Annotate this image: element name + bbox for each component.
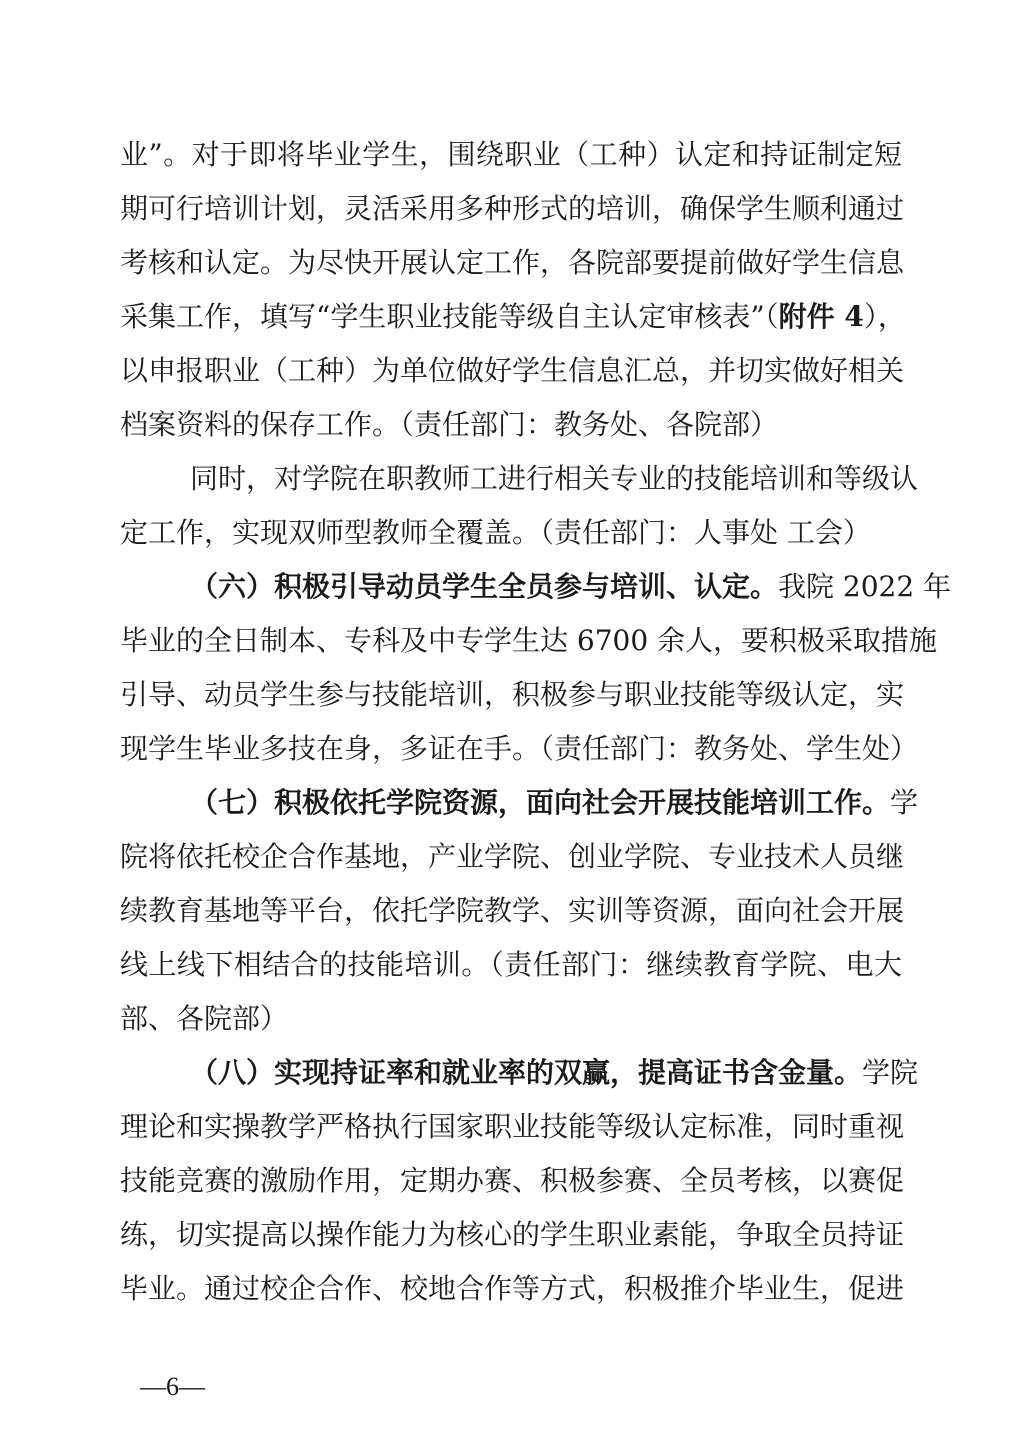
text-line: 线上线下相结合的技能培训。（责任部门：继续教育学院、电大 bbox=[120, 945, 902, 985]
heading-text: （七）积极依托学院资源，面向社会开展技能培训工作。 bbox=[190, 786, 890, 819]
text-line: 业”。对于即将毕业学生，围绕职业（工种）认定和持证制定短 bbox=[120, 135, 902, 175]
text-line: 期可行培训计划，灵活采用多种形式的培训，确保学生顺利通过 bbox=[120, 189, 902, 229]
text-line: 部、各院部） bbox=[120, 999, 902, 1039]
text-run: 学院 bbox=[862, 1056, 918, 1089]
section-heading-6: （六）积极引导动员学生全员参与培训、认定。我院 2022 年 bbox=[190, 567, 902, 607]
text-line: 练，切实提高以操作能力为核心的学生职业素能，争取全员持证 bbox=[120, 1215, 902, 1255]
text-line: 考核和认定。为尽快开展认定工作，各院部要提前做好学生信息 bbox=[120, 243, 902, 283]
text-line: 毕业的全日制本、专科及中专学生达 6700 余人，要积极采取措施 bbox=[120, 621, 902, 661]
text-run: ）， bbox=[864, 300, 906, 333]
text-run: 我院 2022 年 bbox=[778, 570, 951, 603]
heading-text: （六）积极引导动员学生全员参与培训、认定。 bbox=[190, 570, 778, 603]
section-heading-8: （八）实现持证率和就业率的双赢，提高证书含金量。学院 bbox=[190, 1053, 902, 1093]
text-line: 理论和实操教学严格执行国家职业技能等级认定标准，同时重视 bbox=[120, 1107, 902, 1147]
heading-text: （八）实现持证率和就业率的双赢，提高证书含金量。 bbox=[190, 1056, 862, 1089]
text-line: 档案资料的保存工作。（责任部门：教务处、各院部） bbox=[120, 405, 902, 445]
text-line: 以申报职业（工种）为单位做好学生信息汇总，并切实做好相关 bbox=[120, 351, 902, 391]
page-number: —6— bbox=[140, 1372, 205, 1402]
text-line: 毕业。通过校企合作、校地合作等方式，积极推介毕业生，促进 bbox=[120, 1269, 902, 1309]
text-run: 采集工作，填写“学生职业技能等级自主认定审核表”（ bbox=[120, 300, 779, 333]
text-run: 学 bbox=[890, 786, 918, 819]
text-line: 采集工作，填写“学生职业技能等级自主认定审核表”（附件 4）， bbox=[120, 297, 902, 337]
attachment-reference: 附件 4 bbox=[779, 300, 864, 333]
text-line: 院将依托校企合作基地，产业学院、创业学院、专业技术人员继 bbox=[120, 837, 902, 877]
text-line: 引导、动员学生参与技能培训，积极参与职业技能等级认定，实 bbox=[120, 675, 902, 715]
paragraph-first-line: 同时，对学院在职教师工进行相关专业的技能培训和等级认 bbox=[190, 459, 902, 499]
text-line: 技能竞赛的激励作用，定期办赛、积极参赛、全员考核，以赛促 bbox=[120, 1161, 902, 1201]
document-page: 业”。对于即将毕业学生，围绕职业（工种）认定和持证制定短 期可行培训计划，灵活采… bbox=[0, 0, 1024, 1448]
section-heading-7: （七）积极依托学院资源，面向社会开展技能培训工作。学 bbox=[190, 783, 902, 823]
text-line: 续教育基地等平台，依托学院教学、实训等资源，面向社会开展 bbox=[120, 891, 902, 931]
text-line: 定工作，实现双师型教师全覆盖。（责任部门：人事处 工会） bbox=[120, 513, 902, 553]
text-line: 现学生毕业多技在身，多证在手。（责任部门：教务处、学生处） bbox=[120, 729, 902, 769]
